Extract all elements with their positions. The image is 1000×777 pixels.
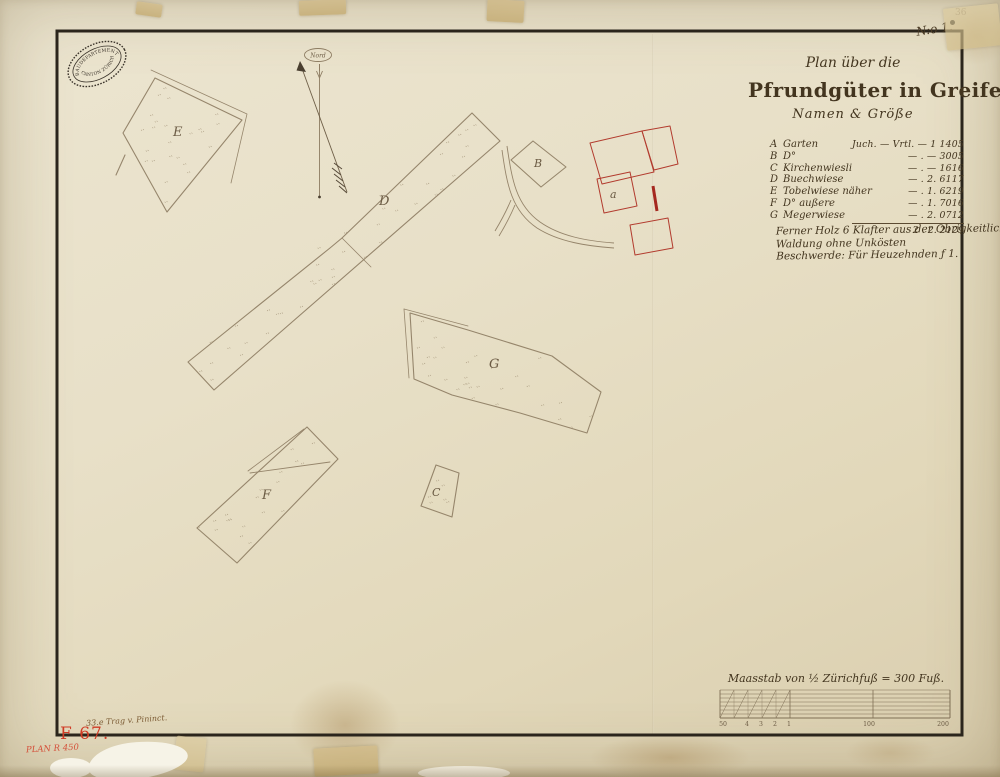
tuft-mark [467, 383, 470, 385]
parcel-e-spur [116, 155, 125, 175]
tuft-mark [417, 347, 420, 349]
row-letter: D [770, 174, 783, 185]
tuft-mark [428, 375, 431, 377]
tuft-mark [426, 183, 429, 185]
tuft-mark [227, 520, 230, 522]
row-name: Garten [783, 139, 818, 150]
tuft-mark [496, 404, 499, 406]
tuft-mark [332, 269, 335, 271]
tuft-mark [190, 133, 193, 135]
row-letter: C [770, 163, 783, 174]
tuft-mark [428, 496, 431, 498]
tuft-mark [300, 306, 303, 308]
tuft-mark [240, 536, 243, 538]
tuft-mark [477, 386, 480, 388]
tuft-mark [199, 371, 202, 373]
tuft-mark [310, 281, 313, 283]
map-border [57, 31, 962, 735]
parcel-label-c: C [432, 486, 441, 499]
tuft-mark [312, 442, 315, 444]
row-letter: G [770, 210, 783, 221]
tuft-mark [434, 357, 437, 359]
tuft-mark [457, 389, 460, 391]
row-value: — . — 1616 [852, 163, 964, 174]
tuft-mark [515, 376, 518, 378]
tuft-mark [245, 342, 248, 344]
scale-grid [720, 690, 950, 718]
tuft-mark [342, 251, 345, 253]
tape-patch [299, 0, 346, 16]
scale-caption: Maasstab von ½ Zürichfuß = 300 Fuß. [727, 672, 944, 685]
tuft-mark [316, 264, 319, 266]
tuft-mark [559, 402, 562, 404]
tuft-mark [155, 121, 158, 123]
parcel-e-outline [123, 78, 242, 212]
table-row: FD° außere— . 1. 7016 [770, 198, 964, 210]
parcel-letters: E D B a G F C [172, 125, 617, 503]
scale-bar: Maasstab von ½ Zürichfuß = 300 Fuß. [719, 672, 950, 728]
scanned-plan: BAUDEPARTEMENT CANTON ZÜRICH Nord [0, 0, 1000, 777]
parcel-label-b: B [533, 157, 542, 170]
tuft-mark [169, 156, 172, 158]
tape-patch [486, 0, 524, 23]
tuft-mark [187, 172, 190, 174]
tuft-mark [442, 347, 445, 349]
row-name: Kirchenwiesli [783, 163, 852, 174]
tuft-mark [469, 387, 472, 389]
row-name: Buechwiese [783, 174, 843, 185]
tuft-mark [152, 160, 155, 162]
tuft-mark [165, 181, 168, 183]
tuft-mark [441, 189, 444, 191]
parcel-label-a: a [610, 188, 617, 201]
table-row: BD°— . — 3005 [770, 151, 964, 163]
tuft-mark [183, 163, 186, 165]
parcel-label-f: F [261, 488, 272, 503]
title-line-1: Plan über die [748, 56, 958, 71]
tuft-mark [240, 354, 243, 356]
size-table-rows: AGartenJuch. — Vrtl. — 1 1405BD°— . — 30… [770, 139, 964, 222]
notes-paragraph: Ferner Holz 6 Klafter aus der Obrigkeitl… [776, 223, 987, 263]
tuft-mark [434, 337, 437, 339]
tuft-mark [168, 142, 171, 144]
tuft-mark [210, 362, 213, 364]
tuft-mark [295, 461, 298, 463]
scale-tick: 3 [759, 721, 763, 728]
tuft-mark [152, 127, 155, 129]
table-row: CKirchenwiesli— . — 1616 [770, 163, 964, 175]
tuft-mark [462, 156, 465, 158]
tuft-mark [199, 129, 202, 131]
tuft-mark [145, 160, 148, 162]
tuft-mark [446, 501, 449, 503]
tuft-mark [422, 363, 425, 365]
tuft-mark [249, 542, 252, 544]
row-letter: E [770, 186, 783, 197]
scale-tick: 50 [719, 721, 727, 728]
tuft-mark [332, 276, 335, 278]
tuft-mark [150, 114, 153, 116]
road-fork-1 [495, 200, 511, 231]
building-lower [630, 218, 673, 255]
tuft-mark [474, 124, 477, 126]
north-arrow-shaft [300, 63, 347, 192]
tuft-mark [262, 512, 265, 514]
tuft-mark [464, 384, 467, 386]
buildings [590, 126, 678, 255]
compass [300, 49, 347, 198]
baudepartement-stamp: BAUDEPARTEMENT CANTON ZÜRICH [60, 32, 133, 96]
tuft-mark [314, 283, 317, 285]
tuft-mark [466, 145, 469, 147]
tuft-mark [436, 480, 439, 482]
tuft-mark [427, 356, 430, 358]
north-arrowhead-icon [297, 61, 307, 72]
tuft-mark [213, 520, 216, 522]
tuft-mark [301, 463, 304, 465]
road-line-1 [507, 146, 614, 243]
table-row: ETobelwiese näher— . 1. 6219 [770, 186, 964, 198]
tuft-mark [458, 134, 461, 136]
tuft-mark [228, 347, 231, 349]
tuft-mark [421, 321, 424, 323]
parcel-g-outline [410, 313, 601, 433]
scale-tick-labels: 504321100200 [719, 721, 949, 728]
table-row: DBuechwiese— . 2. 6117 [770, 174, 964, 186]
tuft-mark [415, 203, 418, 205]
tuft-mark [465, 129, 468, 131]
parcel-d-inner-line [342, 238, 371, 267]
vegetation-marks [141, 88, 592, 544]
row-value: — . 1. 6219 [872, 186, 964, 197]
tuft-mark [267, 310, 270, 312]
tuft-mark [158, 94, 161, 96]
parcel-label-g: G [489, 357, 499, 372]
parcel-f-inner-line-1 [248, 429, 304, 471]
tuft-mark [235, 325, 238, 327]
tuft-mark [291, 449, 294, 451]
tuft-mark [377, 224, 380, 226]
parcel-outlines [116, 70, 601, 563]
table-row: AGartenJuch. — Vrtl. — 1 1405 [770, 139, 964, 151]
tuft-mark [319, 279, 322, 281]
tuft-mark [280, 471, 283, 473]
parcel-f-inner-line-2 [250, 462, 330, 473]
meridian-end-dot [318, 196, 321, 199]
scale-tick: 2 [773, 721, 777, 728]
tuft-mark [165, 125, 168, 127]
building-right [642, 126, 678, 170]
row-letter: B [770, 151, 783, 162]
tuft-mark [211, 379, 214, 381]
tuft-mark [453, 175, 456, 177]
row-value: — . 2. 0712 [845, 210, 964, 221]
arrow-feather [332, 163, 347, 193]
tuft-mark [465, 377, 468, 379]
parcel-label-d: D [378, 194, 390, 209]
stamp-inner-ring [67, 39, 127, 90]
row-value: — . 1. 7016 [835, 198, 964, 209]
tuft-mark [440, 153, 443, 155]
row-value: — . 2. 6117 [843, 174, 964, 185]
scale-tick: 100 [863, 721, 875, 728]
tuft-mark [146, 150, 149, 152]
row-name: Tobelwiese näher [783, 186, 872, 197]
tuft-mark [266, 333, 269, 335]
tuft-mark [168, 97, 171, 99]
row-name: D° außere [783, 198, 835, 209]
title-line-2: Pfrundgüter in Greifensee [748, 79, 958, 101]
tuft-mark [215, 529, 218, 531]
table-row: GMegerwiese— . 2. 0712 [770, 210, 964, 222]
tuft-mark [466, 362, 469, 364]
tuft-mark [500, 388, 503, 390]
tuft-mark [141, 129, 144, 131]
title-block: Plan über die Pfrundgüter in Greifensee … [748, 56, 958, 123]
tuft-mark [215, 114, 218, 116]
tuft-mark [541, 404, 544, 406]
tuft-mark [558, 419, 561, 421]
size-table: AGartenJuch. — Vrtl. — 1 1405BD°— . — 30… [770, 139, 964, 236]
building-a [597, 172, 637, 213]
parcel-g-double-top [404, 309, 468, 326]
tuft-mark [400, 184, 403, 186]
building-thick-wall [653, 186, 657, 211]
tape-patch [943, 3, 1000, 51]
tuft-mark [277, 481, 280, 483]
parcel-d-outline [188, 113, 500, 390]
tuft-mark [225, 514, 228, 516]
scale-tick: 1 [787, 721, 791, 728]
tuft-mark [527, 385, 530, 387]
tuft-mark [217, 123, 220, 125]
bottom-edge-shadow [0, 765, 1000, 777]
compass-north-label: Nord [309, 53, 326, 60]
row-value: — . — 3005 [796, 151, 964, 162]
tuft-mark [445, 379, 448, 381]
tuft-mark [538, 357, 541, 359]
row-name: D° [783, 151, 796, 162]
scale-tick: 4 [745, 721, 749, 728]
tuft-mark [282, 510, 285, 512]
tuft-mark [446, 142, 449, 144]
archive-red-code: F 67. [60, 724, 109, 744]
tuft-mark [474, 355, 477, 357]
tuft-mark [444, 499, 447, 501]
parcel-g-double-left [404, 309, 409, 378]
row-value: Juch. — Vrtl. — 1 1405 [818, 139, 964, 150]
tuft-mark [201, 131, 204, 133]
row-letter: F [770, 198, 783, 209]
row-letter: A [770, 139, 783, 150]
road-line-2 [502, 150, 614, 248]
tuft-mark [395, 210, 398, 212]
tuft-mark [209, 146, 212, 148]
parcel-label-e: E [172, 125, 183, 140]
tuft-mark [165, 201, 168, 203]
row-name: Megerwiese [783, 210, 845, 221]
tuft-mark [442, 485, 445, 487]
tuft-mark [256, 497, 259, 499]
tuft-mark [177, 157, 180, 159]
tuft-mark [318, 247, 321, 249]
tuft-mark [472, 397, 475, 399]
tuft-mark [164, 88, 167, 90]
stamp-outer-ring [60, 32, 133, 96]
tuft-mark [242, 526, 245, 528]
scale-tick: 200 [937, 721, 949, 728]
title-line-3: Namen & Größe [748, 108, 958, 122]
tuft-mark [430, 502, 433, 504]
tuft-mark [280, 313, 283, 315]
tuft-mark [276, 313, 279, 315]
tuft-mark [379, 242, 382, 244]
